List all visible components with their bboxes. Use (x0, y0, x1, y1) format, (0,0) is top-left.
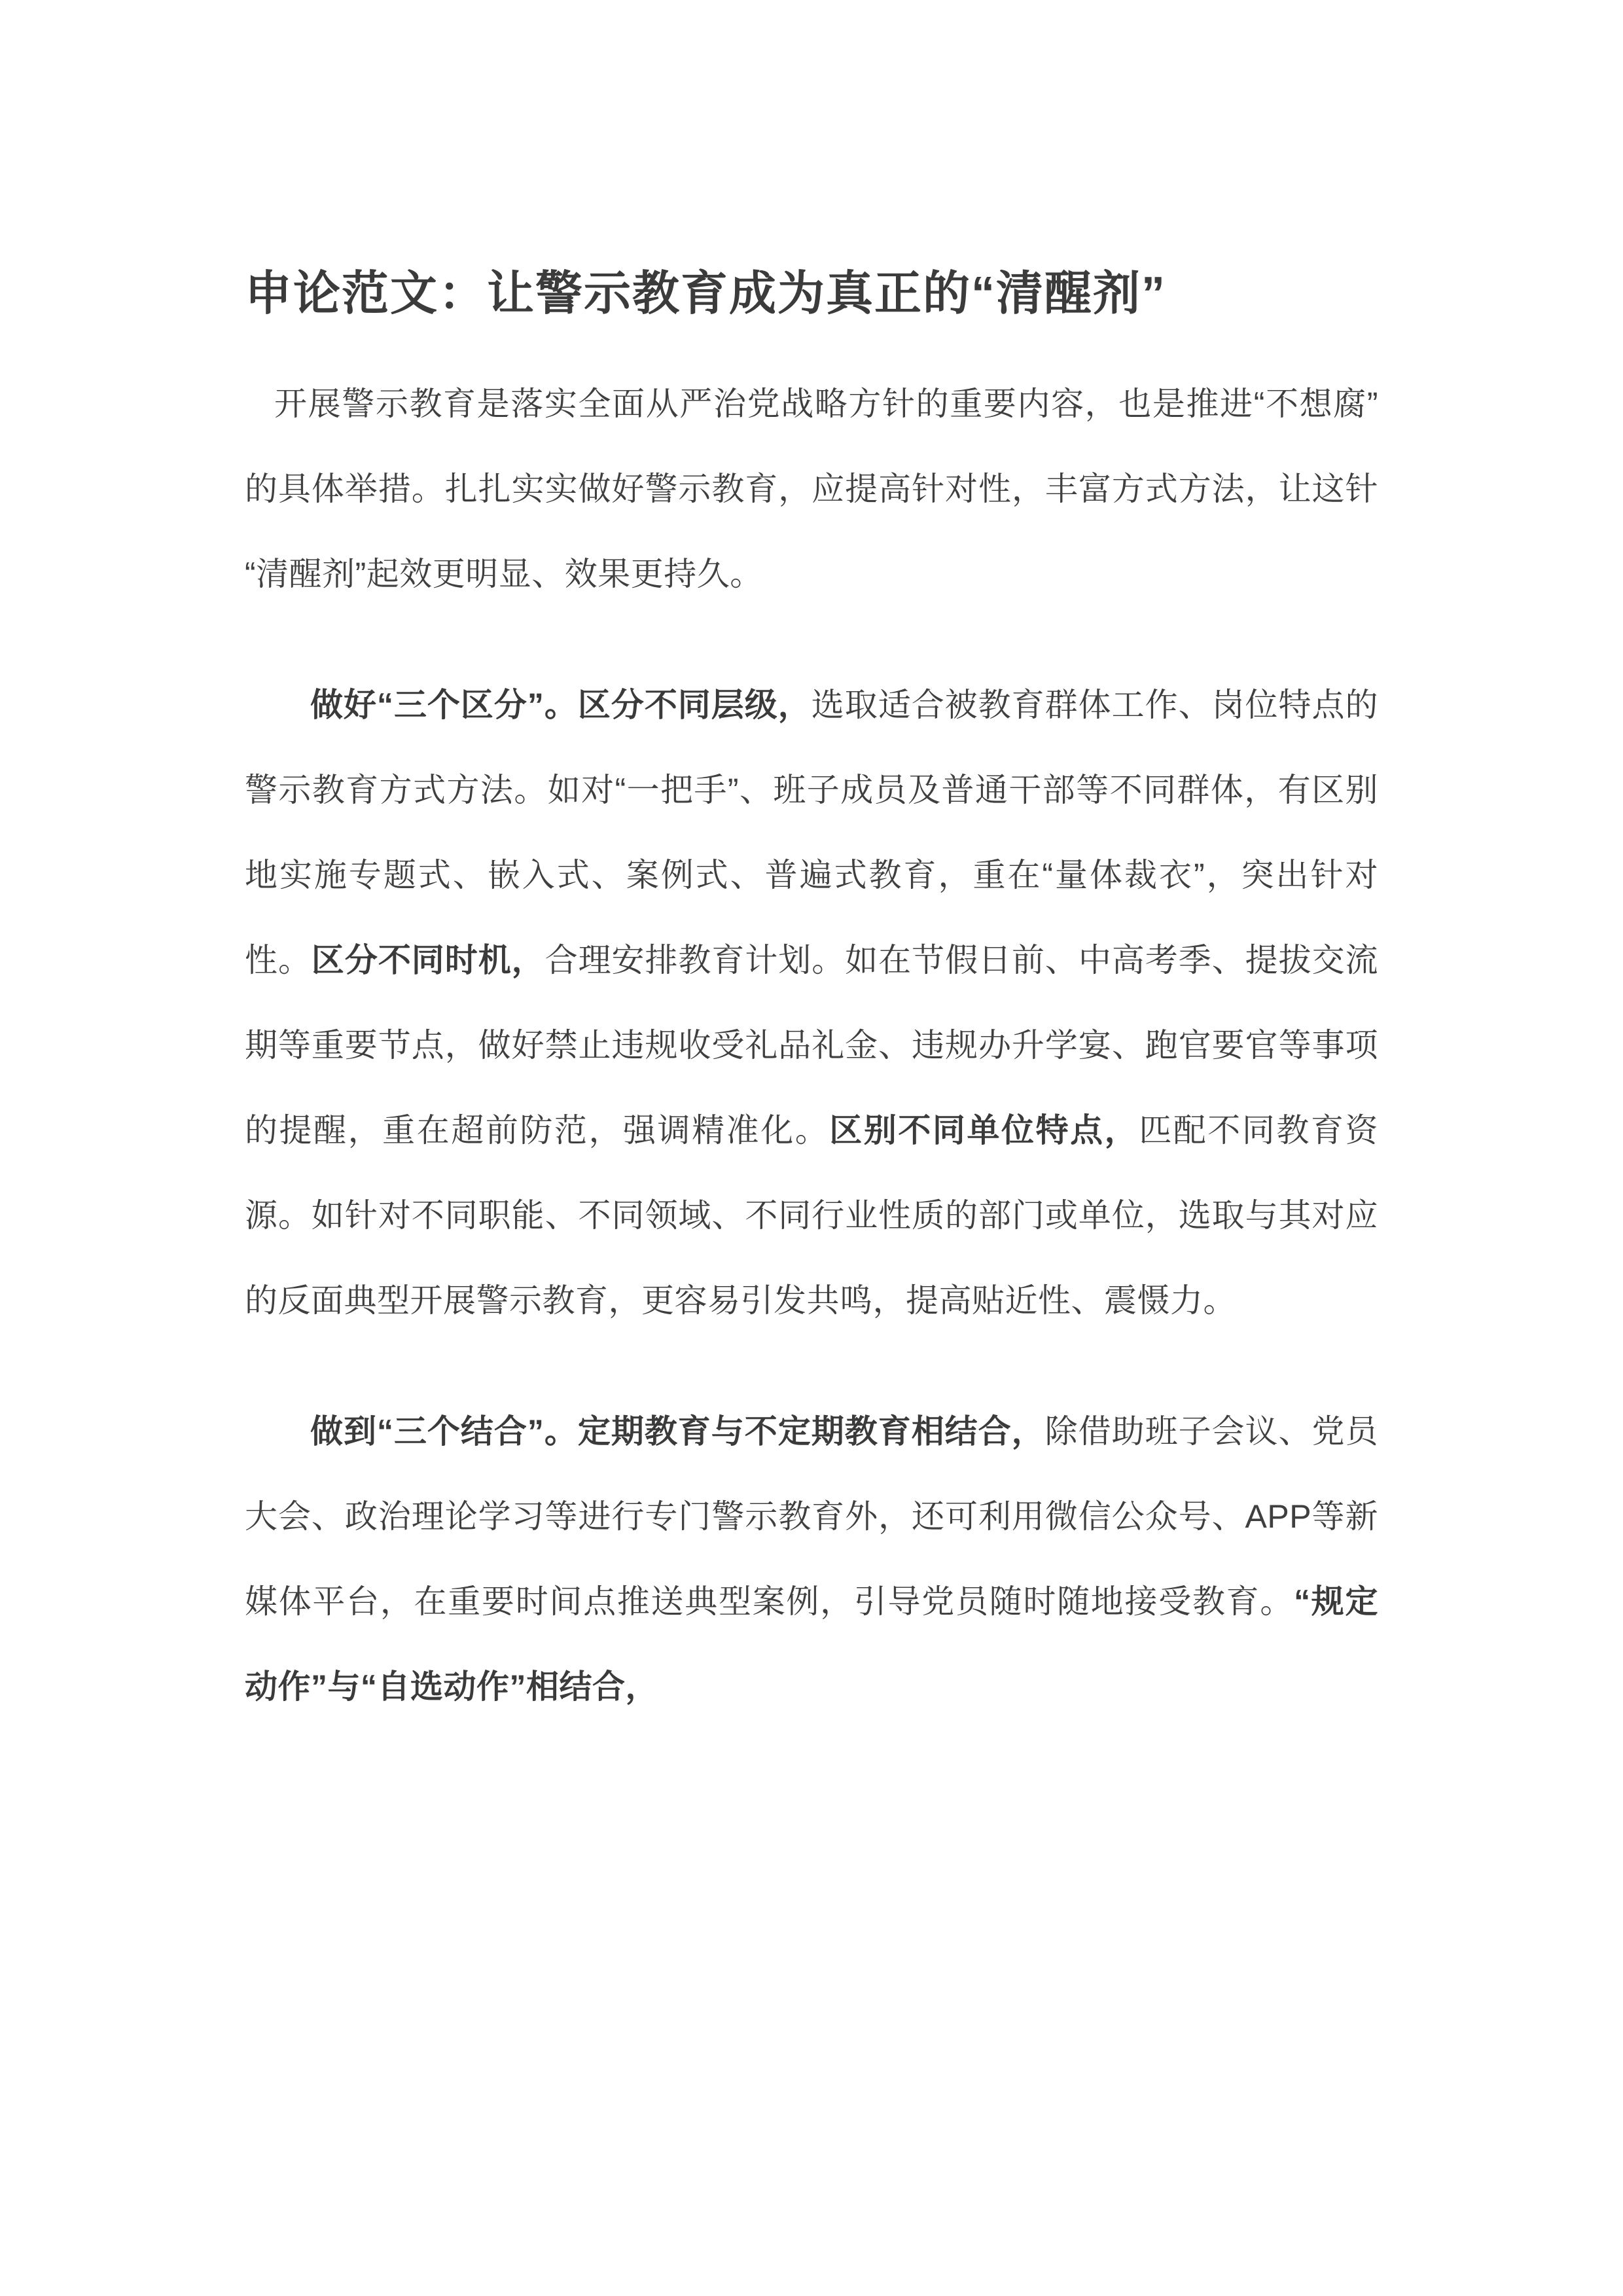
bold-text-run: 区别不同单位特点， (829, 1112, 1139, 1149)
text-run: 开展警示教育是落实全面从严治党战略方针的重要内容，也是推进“不想腐”的具体举措。… (245, 386, 1378, 592)
document-title: 申论范文：让警示教育成为真正的“清醒剂” (245, 266, 1378, 323)
document-page: 申论范文：让警示教育成为真正的“清醒剂” 开展警示教育是落实全面从严治党战略方针… (0, 0, 1623, 2296)
bold-text-run: 区分不同时机， (312, 942, 545, 978)
text-run: 选取适合被教育群体工作、岗位特点的警示教育方式方法。如对“一把手”、班子成员及普… (245, 687, 1378, 978)
paragraph-3: 做到“三个结合”。定期教育与不定期教育相结合，除借助班子会议、党员大会、政治理论… (245, 1389, 1378, 1729)
paragraph-2: 做好“三个区分”。区分不同层级，选取适合被教育群体工作、岗位特点的警示教育方式方… (245, 662, 1378, 1343)
bold-text-run: 做好“三个区分”。区分不同层级， (310, 687, 811, 723)
paragraph-1: 开展警示教育是落实全面从严治党战略方针的重要内容，也是推进“不想腐”的具体举措。… (245, 361, 1378, 617)
document-body: 开展警示教育是落实全面从严治党战略方针的重要内容，也是推进“不想腐”的具体举措。… (245, 361, 1378, 1729)
bold-text-run: 做到“三个结合”。定期教育与不定期教育相结合， (310, 1413, 1045, 1450)
